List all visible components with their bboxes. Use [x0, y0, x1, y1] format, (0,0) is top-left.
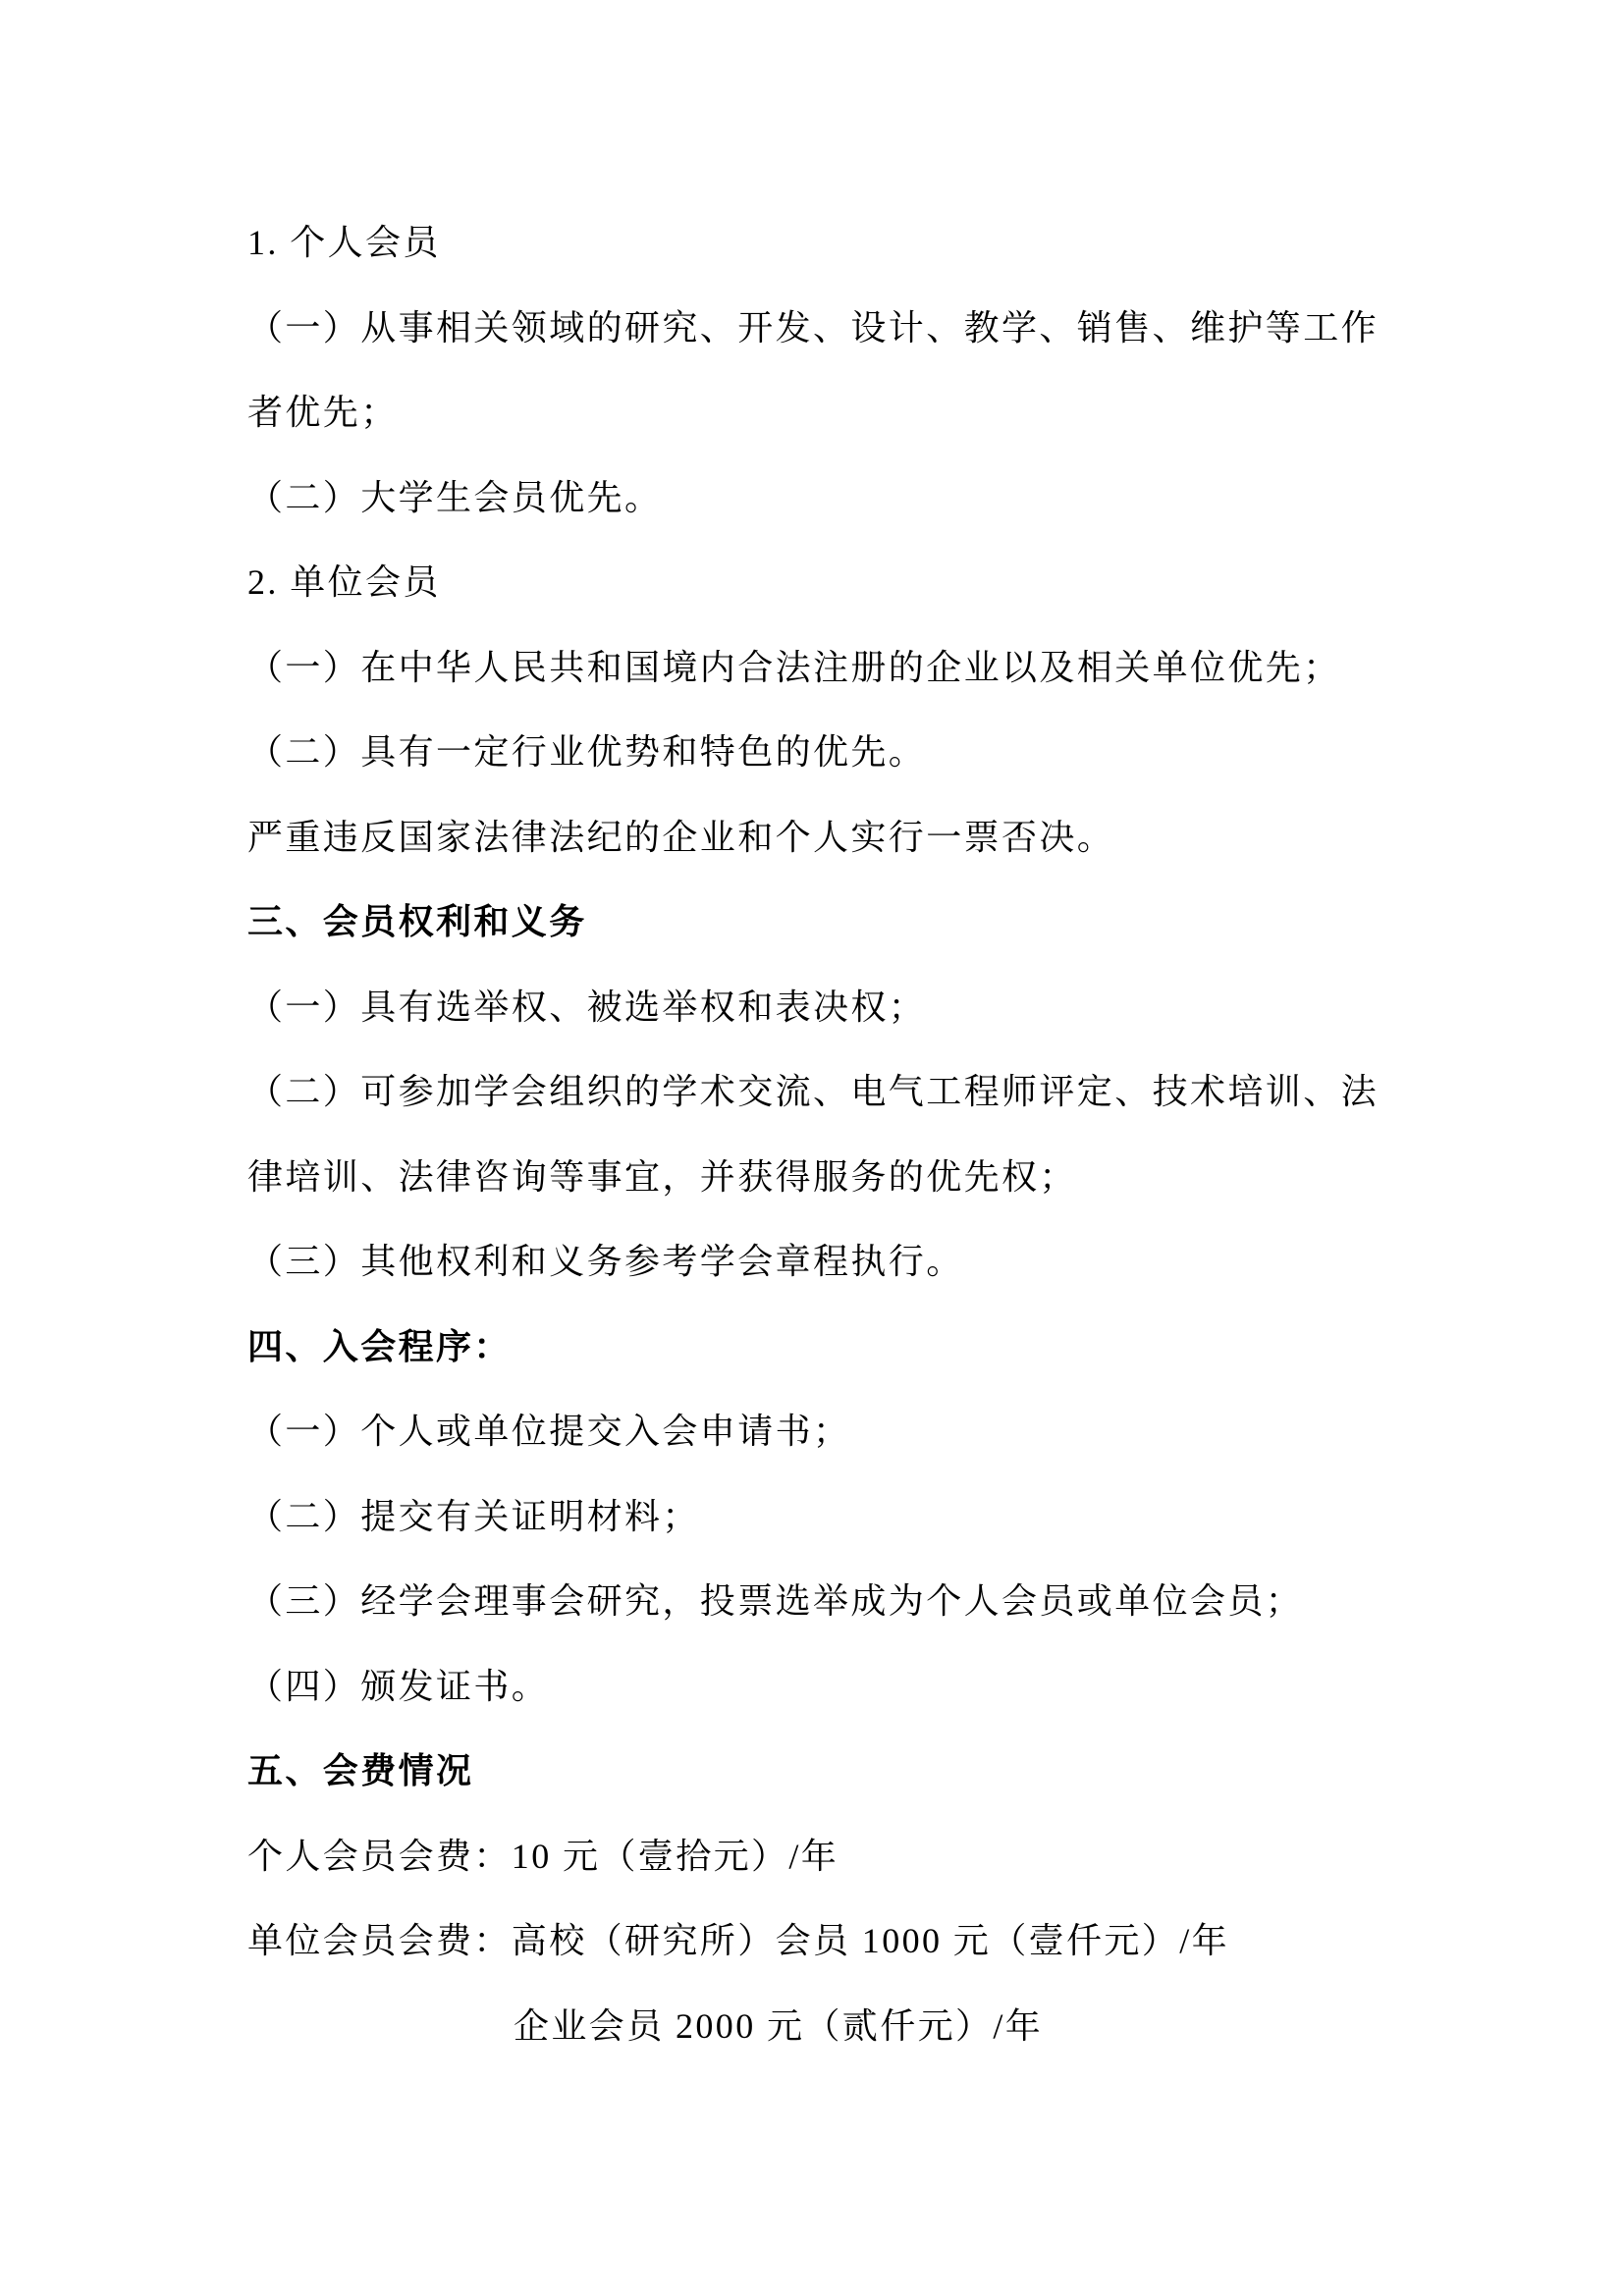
document-body: 1. 个人会员（一）从事相关领域的研究、开发、设计、教学、销售、维护等工作者优先… [247, 200, 1386, 2068]
text-line: 个人会员会费：10 元（壹拾元）/年 [247, 1814, 1386, 1899]
text-line: 1. 个人会员 [247, 200, 1386, 286]
text-line: （三）经学会理事会研究，投票选举成为个人会员或单位会员； [247, 1559, 1386, 1644]
section-heading: 五、会费情况 [247, 1729, 1386, 1814]
text-line: 2. 单位会员 [247, 540, 1386, 625]
document-page: 1. 个人会员（一）从事相关领域的研究、开发、设计、教学、销售、维护等工作者优先… [0, 0, 1624, 2296]
section-heading: 四、入会程序： [247, 1305, 1386, 1390]
text-line: （一）具有选举权、被选举权和表决权； [247, 965, 1386, 1050]
text-line: （二）可参加学会组织的学术交流、电气工程师评定、技术培训、法 [247, 1049, 1386, 1135]
text-line: （二）提交有关证明材料； [247, 1474, 1386, 1560]
section-heading: 三、会员权利和义务 [247, 880, 1386, 965]
text-line: （一）从事相关领域的研究、开发、设计、教学、销售、维护等工作 [247, 286, 1386, 371]
text-line: 律培训、法律咨询等事宜，并获得服务的优先权； [247, 1135, 1386, 1220]
text-line: （四）颁发证书。 [247, 1644, 1386, 1730]
text-line: 者优先； [247, 370, 1386, 455]
text-line: （一）个人或单位提交入会申请书； [247, 1389, 1386, 1474]
text-line: 企业会员 2000 元（贰仟元）/年 [247, 1984, 1386, 2069]
text-line: 严重违反国家法律法纪的企业和个人实行一票否决。 [247, 795, 1386, 881]
text-line: 单位会员会费：高校（研究所）会员 1000 元（壹仟元）/年 [247, 1898, 1386, 1984]
text-line: （一）在中华人民共和国境内合法注册的企业以及相关单位优先； [247, 625, 1386, 711]
text-line: （三）其他权利和义务参考学会章程执行。 [247, 1219, 1386, 1305]
text-line: （二）大学生会员优先。 [247, 455, 1386, 541]
text-line: （二）具有一定行业优势和特色的优先。 [247, 710, 1386, 795]
